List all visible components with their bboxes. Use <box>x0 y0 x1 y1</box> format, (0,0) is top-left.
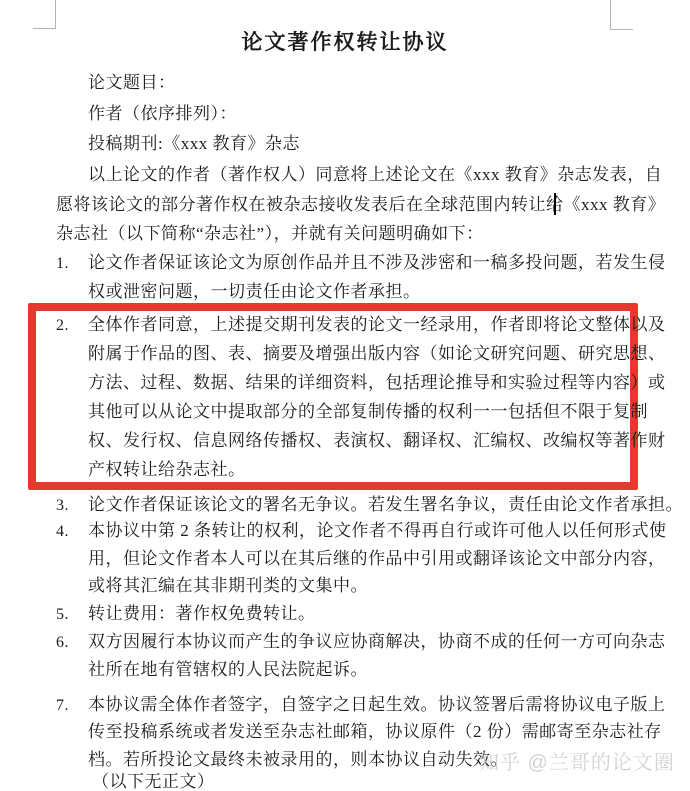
clause-2-line-6: 产权转让给杂志社。 <box>88 459 246 481</box>
clause-2-text: 全体作者同意，上述提交期刊发表的论文一经录用，作者即将论文整体以及 <box>88 315 666 334</box>
document-page: 论文著作权转让协议 论文题目： 作者（依序排列）： 投稿期刊:《xxx 教育》杂… <box>0 0 690 791</box>
clause-7-text: 本协议需全体作者签字，自签字之日起生效。协议签署后需将协议电子版上 <box>88 695 666 714</box>
clause-1-line-2: 权或泄密问题，一切责任由论文作者承担。 <box>88 281 421 303</box>
clause-4-number: 4. <box>56 521 88 543</box>
page-corner-mark-left <box>33 0 56 29</box>
clause-1-number: 1. <box>56 253 88 275</box>
clause-1-text: 论文作者保证该论文为原创作品并且不涉及涉密和一稿多投问题，若发生侵 <box>88 253 666 272</box>
intro-line-3: 杂志社（以下简称“杂志社”），并就有关问题明确如下： <box>56 223 484 245</box>
field-authors: 作者（依序排列）： <box>88 103 237 125</box>
clause-7-line-2: 传至投稿系统或者发送至杂志社邮箱，协议原件（2 份）需邮寄至杂志社存 <box>88 721 662 743</box>
clause-4-text: 本协议中第 2 条转让的权利，论文作者不得再自行或许可他人以任何形式使 <box>88 521 667 540</box>
clause-6-text: 双方因履行本协议而产生的争议应协商解决，协商不成的任何一方可向杂志 <box>88 632 666 651</box>
text-cursor-caret <box>554 193 556 215</box>
field-paper-title: 论文题目： <box>88 72 176 94</box>
clause-6-number: 6. <box>56 632 88 654</box>
clause-3-text: 论文作者保证该论文的署名无争议。若发生署名争议，责任由论文作者承担。 <box>88 495 683 514</box>
intro-line-1: 以上论文的作者（著作权人）同意将上述论文在《xxx 教育》杂志发表，自 <box>88 164 662 186</box>
intro-line-2: 愿将该论文的部分著作权在被杂志接收发表后在全球范围内转让给《xxx 教育》 <box>56 194 665 216</box>
zhihu-watermark: 知乎 @兰哥的论文圈 <box>479 751 675 775</box>
clause-3-number: 3. <box>56 495 88 517</box>
clause-7-number: 7. <box>56 695 88 717</box>
clause-4-line-3: 或将其汇编在其非期刊类的文集中。 <box>88 575 368 597</box>
clause-3-line-1: 3.论文作者保证该论文的署名无争议。若发生署名争议，责任由论文作者承担。 <box>56 494 683 516</box>
field-journal: 投稿期刊:《xxx 教育》杂志 <box>88 133 300 155</box>
clause-2-number: 2. <box>56 315 88 337</box>
clause-2-line-2: 附属于作品的图、表、摘要及增强出版内容（如论文研究问题、研究思想、 <box>88 343 666 365</box>
clause-5-number: 5. <box>56 604 88 626</box>
clause-4-line-1: 4.本协议中第 2 条转让的权利，论文作者不得再自行或许可他人以任何形式使 <box>56 520 667 542</box>
clause-2-line-1: 2.全体作者同意，上述提交期刊发表的论文一经录用，作者即将论文整体以及 <box>56 314 666 336</box>
closing-note: （以下无正文） <box>92 771 215 791</box>
clause-2-line-4: 其他可以从论文中提取部分的全部复制传播的权利一一包括但不限于复制 <box>88 401 648 423</box>
clause-1-line-1: 1.论文作者保证该论文为原创作品并且不涉及涉密和一稿多投问题，若发生侵 <box>56 252 666 274</box>
clause-6-line-1: 6.双方因履行本协议而产生的争议应协商解决，协商不成的任何一方可向杂志 <box>56 631 666 653</box>
clause-2-line-3: 方法、过程、数据、结果的详细资料，包括理论推导和实验过程等内容）或 <box>88 372 666 394</box>
clause-4-line-2: 用，但论文作者本人可以在其后继的作品中引用或翻译该论文中部分内容， <box>88 548 666 570</box>
document-title: 论文著作权转让协议 <box>0 26 690 56</box>
clause-7-line-3: 档。若所投论文最终未被录用的，则本协议自动失效。 <box>88 749 508 771</box>
clause-5-text: 转让费用：著作权免费转让。 <box>88 604 316 623</box>
clause-7-line-1: 7.本协议需全体作者签字，自签字之日起生效。协议签署后需将协议电子版上 <box>56 694 666 716</box>
clause-5-line-1: 5.转让费用：著作权免费转让。 <box>56 603 316 625</box>
clause-6-line-2: 社所在地有管辖权的人民法院起诉。 <box>88 659 368 681</box>
clause-2-line-5: 权、发行权、信息网络传播权、表演权、翻译权、汇编权、改编权等著作财 <box>88 430 666 452</box>
